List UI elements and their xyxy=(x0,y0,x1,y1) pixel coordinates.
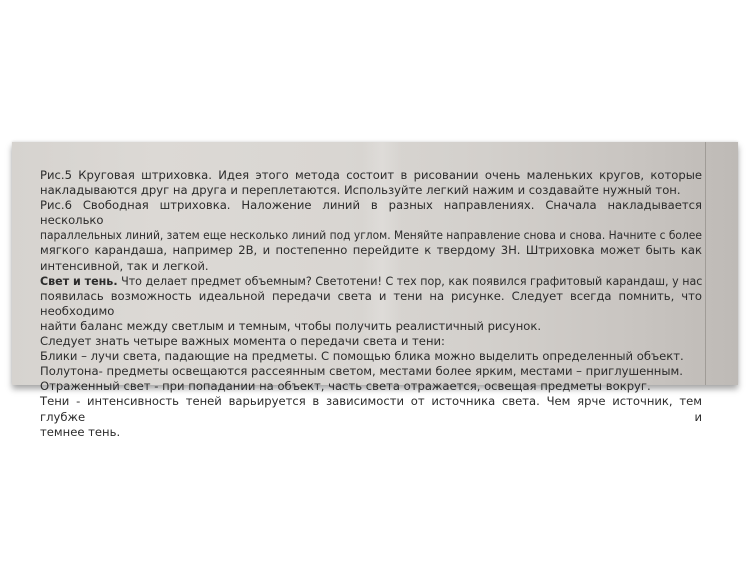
text-line: Отраженный свет - при попадании на объек… xyxy=(40,379,651,394)
text-line: найти баланс между светлым и темным, что… xyxy=(40,319,541,334)
text-line: появилась возможность идеальной передачи… xyxy=(40,289,702,319)
text-line: темнее тень. xyxy=(40,425,120,440)
text-line: накладываются друг на друга и переплетаю… xyxy=(40,183,681,198)
printed-page: Рис.5 Круговая штриховка. Идея этого мет… xyxy=(12,142,738,385)
text-line: Полутона- предметы освещаются рассеянным… xyxy=(40,364,683,379)
text-line: интенсивной, так и легкой. xyxy=(40,259,209,274)
section-heading: Свет и тень. xyxy=(40,274,118,288)
text-line: Рис.5 Круговая штриховка. Идея этого мет… xyxy=(40,168,702,183)
section-intro: Что делает предмет объемным? Светотени! … xyxy=(118,274,703,288)
section-first-line: Свет и тень. Что делает предмет объемным… xyxy=(40,274,702,289)
text-line: параллельных линий, затем еще несколько … xyxy=(40,228,702,243)
text-line: Рис.6 Свободная штриховка. Наложение лин… xyxy=(40,198,702,228)
paper-fold-line xyxy=(705,142,706,385)
page-text: Рис.5 Круговая штриховка. Идея этого мет… xyxy=(40,168,702,440)
text-line: Блики – лучи света, падающие на предметы… xyxy=(40,349,684,364)
text-line: Следует знать четыре важных момента о пе… xyxy=(40,334,445,349)
text-line: мягкого карандаша, например 2В, и постеп… xyxy=(40,243,702,258)
text-line: Тени - интенсивность теней варьируется в… xyxy=(40,394,702,424)
